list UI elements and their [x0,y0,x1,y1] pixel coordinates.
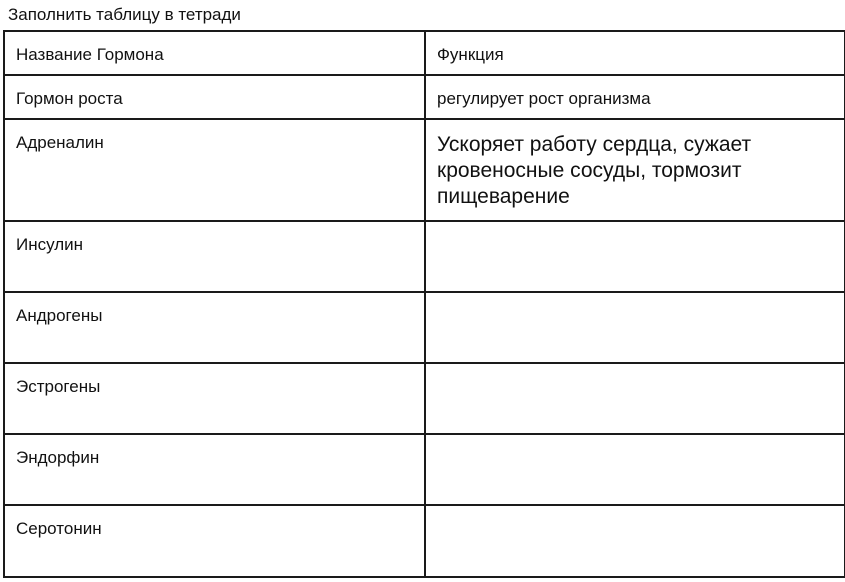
hormone-name-cell: Эндорфин [4,434,425,505]
table-row: Адреналин Ускоряет работу сердца, сужает… [4,119,845,221]
function-cell-empty [425,363,845,434]
header-function: Функция [425,31,845,75]
function-cell-empty [425,505,845,577]
header-hormone-name: Название Гормона [4,31,425,75]
table-header-row: Название Гормона Функция [4,31,845,75]
page-title: Заполнить таблицу в тетради [8,5,241,25]
hormone-name-cell: Инсулин [4,221,425,292]
hormone-name-cell: Эстрогены [4,363,425,434]
hormone-name-cell: Серотонин [4,505,425,577]
function-text: Ускоряет работу сердца, сужает кровеносн… [437,132,844,210]
hormone-name-cell: Андрогены [4,292,425,363]
table-row: Эндорфин [4,434,845,505]
table-row: Гормон роста регулирует рост организма [4,75,845,119]
hormone-name-cell: Гормон роста [4,75,425,119]
table-row: Серотонин [4,505,845,577]
hormone-name-cell: Адреналин [4,119,425,221]
table-row: Андрогены [4,292,845,363]
table-row: Эстрогены [4,363,845,434]
function-cell: Ускоряет работу сердца, сужает кровеносн… [425,119,845,221]
table-row: Инсулин [4,221,845,292]
function-cell-empty [425,292,845,363]
function-cell-empty [425,434,845,505]
function-cell: регулирует рост организма [425,75,845,119]
hormone-table: Название Гормона Функция Гормон роста ре… [3,30,845,578]
function-cell-empty [425,221,845,292]
